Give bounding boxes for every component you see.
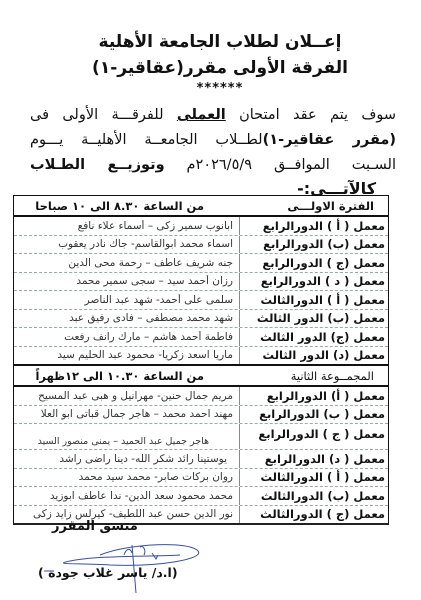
coordinator-name: (ا.د/ ياسر غلاب جودة ) [38, 566, 178, 580]
lab-location: معمل ( أ ) الدورالثالث [239, 291, 388, 309]
course-code-emphasis: (مقرر عقاقير-١) [263, 132, 396, 148]
student-names: ابانوب سمير زكى – أسماء علاء نافع [14, 220, 239, 232]
intro-line-1: سوف يتم عقد امتحان العملى للفرقـــة الأو… [30, 103, 396, 128]
period-1-time: من الساعة ٨.٣٠ الى ١٠ صباحا [14, 199, 239, 213]
table-row: معمل (ج ) الدورالرابع جنه شريف عاطف – رح… [14, 254, 388, 273]
schedule-table: الفترة الاولـــى من الساعة ٨.٣٠ الى ١٠ ص… [13, 195, 389, 525]
practical-exam-emphasis: العملى [177, 107, 226, 123]
period-1-header: الفترة الاولـــى من الساعة ٨.٣٠ الى ١٠ ص… [14, 196, 388, 217]
table-row: معمل (د) الدور الثالث ماريا اسعد زكريا- … [14, 347, 388, 365]
table-row: معمل ( ب) الدورالرابع مهند احمد محمد – ه… [14, 406, 388, 425]
student-names: فاطمة أحمد هاشم – مارك رانف رفعت [14, 331, 239, 343]
student-names: جنه شريف عاطف – رحمة محى الدين [14, 257, 239, 269]
student-names: رزان أحمد سيد – سجى سمير محمد [14, 275, 239, 287]
student-names: سلمى على أحمد- شهد عبد الناصر [14, 294, 239, 306]
table-row: معمل ( د) الدورالرابع يوستينا رائد شكر ا… [14, 450, 388, 469]
lab-location: معمل (ب) الدور الثالث [239, 310, 388, 328]
student-names: ماريا اسعد زكريا- محمود عبد الحليم سيد [14, 349, 239, 361]
lab-location: معمل ( أ) الدورالرابع [239, 387, 388, 405]
lab-location: معمل (د) الدور الثالث [239, 347, 388, 365]
intro-line-3: السـبت الموافــق ٢٠٢٦/٥/٩م وتوزيــع الطـ… [30, 153, 396, 178]
lab-location: معمل ( د) الدورالرابع [239, 450, 388, 468]
intro-text: لطــلاب الجامعــة الأهليــة يـــوم [30, 132, 263, 148]
student-names: هاجر جميل عبد الحميد – يمنى منصور السيد [14, 436, 239, 449]
period-2-header: المجمــوعة الثانية من الساعة ١٠.٣٠ الى ١… [14, 364, 388, 387]
lab-location: معمل ( ج ) الدورالرابع [239, 424, 388, 449]
table-row: معمل ( أ ) الدورالرابع ابانوب سمير زكى –… [14, 217, 388, 236]
intro-text: للفرقـــة الأولى فى [30, 107, 164, 123]
table-row: معمل ( أ ) الدورالثالث سلمى على أحمد- شه… [14, 291, 388, 310]
table-row: معمل ( أ ) الدورالثالث روان بركات صابر- … [14, 469, 388, 488]
student-names: مهند احمد محمد – هاجر جمال قباتى ابو الع… [14, 408, 239, 420]
intro-line-2: (مقرر عقاقير-١)لطــلاب الجامعــة الأهليـ… [30, 128, 396, 153]
student-names: محمد محمود سعد الدين- ندا عاطف ابوزيد [14, 490, 239, 502]
table-row: معمل (ب) الدورالثالث محمد محمود سعد الدي… [14, 487, 388, 506]
table-row: معمل (ج) الدور الثالث فاطمة أحمد هاشم – … [14, 328, 388, 347]
announcement-title: إعــلان لطلاب الجامعة الأهلية [60, 32, 380, 52]
lab-location: معمل ( د ) الدورالرابع [239, 273, 388, 291]
student-names: شهد محمد مصطفى – فادى رفيق عبد [14, 312, 239, 324]
student-names: اسماء محمد ابوالقاسم- جاك نادر يعقوب [14, 238, 239, 250]
student-names: روان بركات صابر- محمد سيد محمد [14, 471, 239, 483]
period-2-time: من الساعة ١٠.٣٠ الى ١٢ظهراً [14, 369, 239, 383]
student-names: يوستينا رائد شكر الله- دينا راضى راشد [14, 453, 239, 465]
course-title: الفرقة الأولى مقرر(عقاقير-١) [60, 58, 380, 78]
lab-location: معمل (ب) الدورالثالث [239, 487, 388, 505]
lab-location: معمل ( أ ) الدورالثالث [239, 469, 388, 487]
table-row: معمل (ب) الدورالرابع اسماء محمد ابوالقاس… [14, 236, 388, 255]
stars-separator: ****** [60, 82, 380, 96]
period-1-label: الفترة الاولـــى [239, 199, 388, 213]
lab-location: معمل ( أ ) الدورالرابع [239, 217, 388, 235]
lab-location: معمل (ج) الدور الثالث [239, 328, 388, 346]
table-row: معمل ( ج ) الدورالرابع هاجر جميل عبد الح… [14, 424, 388, 450]
intro-paragraph: سوف يتم عقد امتحان العملى للفرقـــة الأو… [30, 103, 396, 178]
period-2-label: المجمــوعة الثانية [239, 369, 388, 383]
lab-location: معمل (ج ) الدورالرابع [239, 254, 388, 272]
table-row: معمل (ب) الدور الثالث شهد محمد مصطفى – ف… [14, 310, 388, 329]
student-names: مريم جمال حنين- مهرانيل و هبى عبد المسيح [14, 390, 239, 402]
table-row: معمل ( أ) الدورالرابع مريم جمال حنين- مه… [14, 387, 388, 406]
distribution-emphasis: وتوزيــع الطـلاب [30, 157, 165, 173]
exam-date: السـبت الموافــق ٢٠٢٦/٥/٩م [187, 157, 396, 173]
intro-text: سوف يتم عقد امتحان [239, 107, 396, 123]
announcement-page: إعــلان لطلاب الجامعة الأهلية الفرقة الأ… [0, 0, 421, 600]
lab-location: معمل (ب) الدورالرابع [239, 236, 388, 254]
lab-location: معمل ( ب) الدورالرابع [239, 406, 388, 424]
table-row: معمل ( د ) الدورالرابع رزان أحمد سيد – س… [14, 273, 388, 292]
lab-location: معمل (ج ) الدورالثالث [239, 506, 388, 524]
